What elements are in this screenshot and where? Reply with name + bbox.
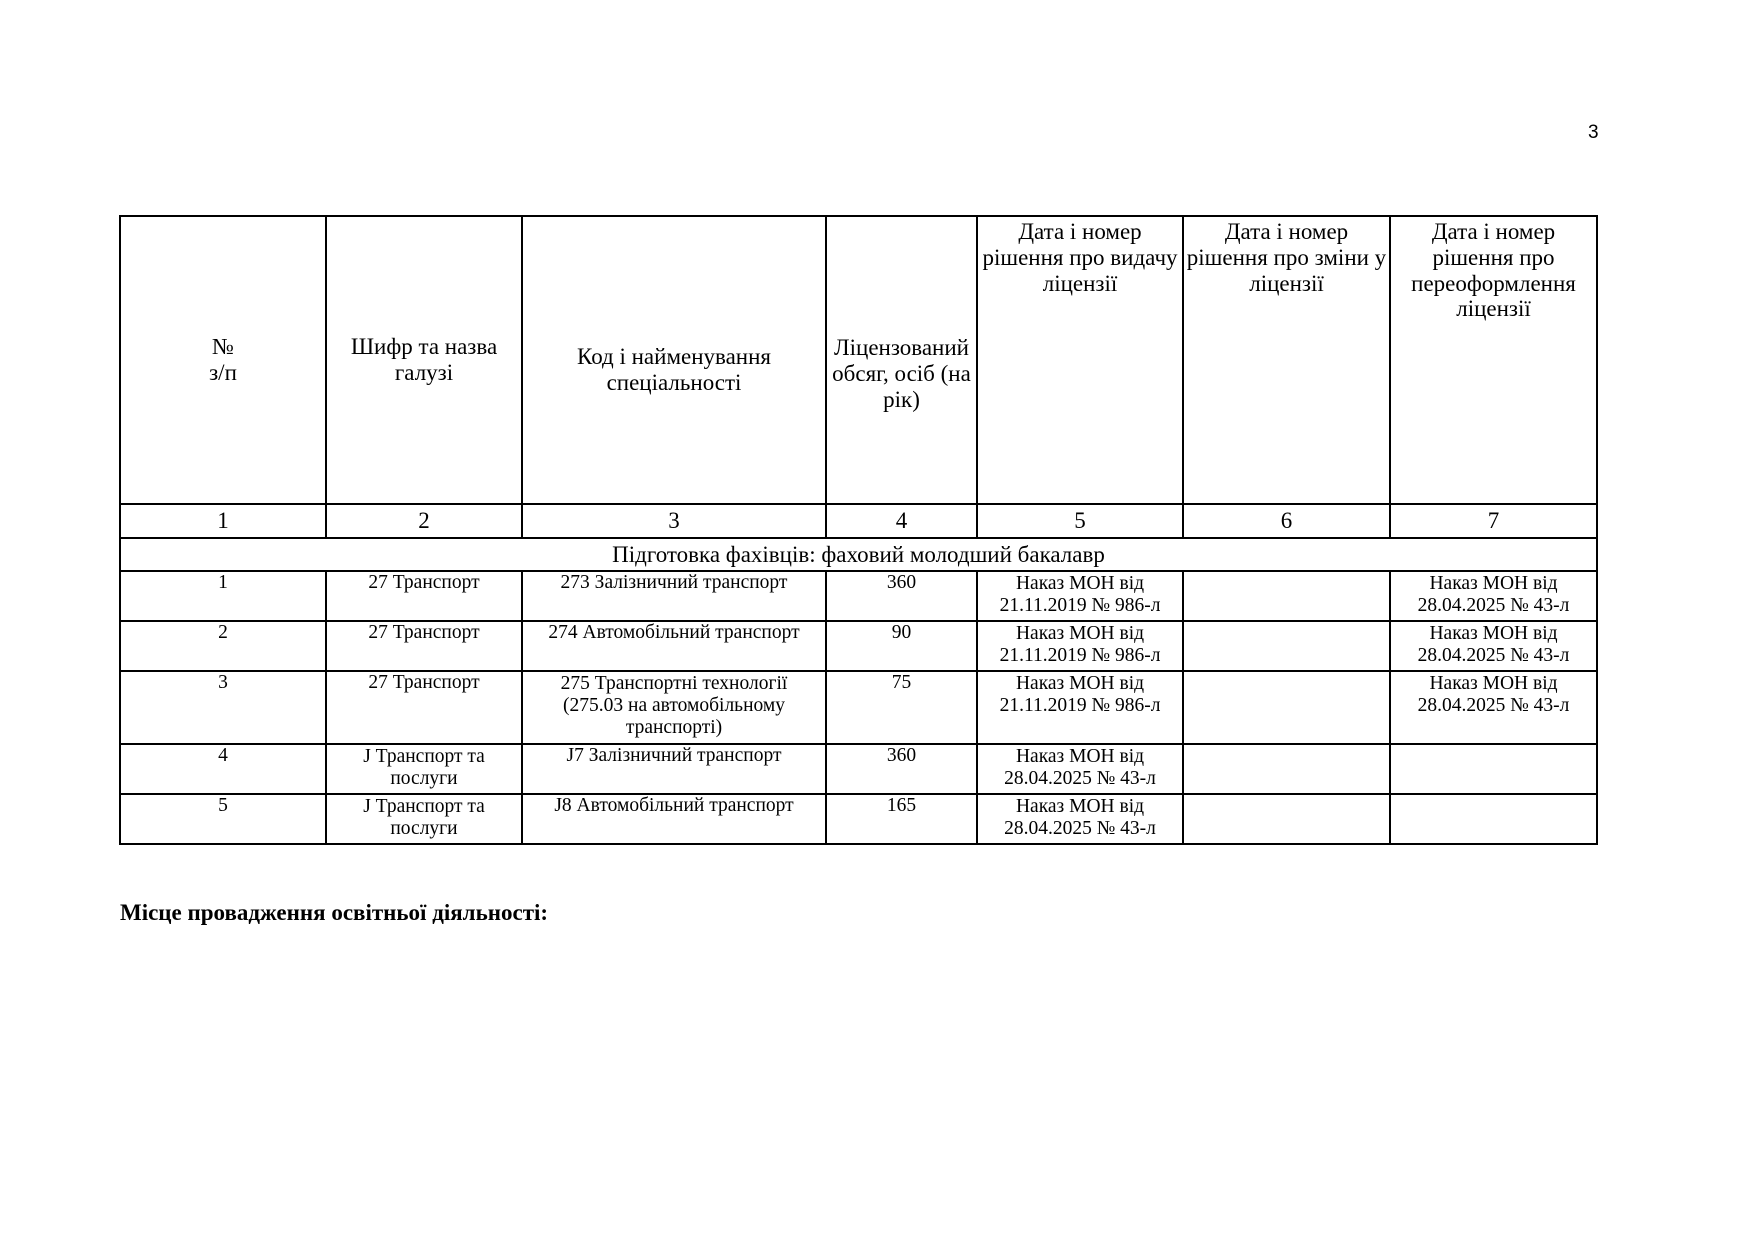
header-specialty: Код і найменування спеціальності — [522, 216, 826, 504]
column-number: 3 — [522, 504, 826, 538]
cell-number: 5 — [120, 794, 326, 844]
table-row: 3 27 Транспорт 275 Транспортні технологі… — [120, 671, 1597, 744]
cell-field: J Транспорт та послуги — [326, 744, 522, 794]
cell-field: 27 Транспорт — [326, 621, 522, 671]
cell-number: 3 — [120, 671, 326, 744]
header-number: № з/п — [120, 216, 326, 504]
header-volume: Ліцензований обсяг, осіб (на рік) — [826, 216, 977, 504]
cell-change-decision — [1183, 621, 1390, 671]
cell-issue-decision: Наказ МОН від 28.04.2025 № 43-л — [977, 794, 1183, 844]
cell-volume: 90 — [826, 621, 977, 671]
cell-number: 2 — [120, 621, 326, 671]
cell-specialty: J8 Автомобільний транспорт — [522, 794, 826, 844]
cell-field: 27 Транспорт — [326, 571, 522, 621]
education-place-label: Місце провадження освітньої діяльності: — [120, 900, 548, 926]
table-row: 5 J Транспорт та послуги J8 Автомобільни… — [120, 794, 1597, 844]
cell-specialty: 274 Автомобільний транспорт — [522, 621, 826, 671]
header-row: № з/п Шифр та назва галузі Код і наймену… — [120, 216, 1597, 504]
table-row: 4 J Транспорт та послуги J7 Залізничний … — [120, 744, 1597, 794]
header-issue-decision: Дата і номер рішення про видачу ліцензії — [977, 216, 1183, 504]
header-change-decision: Дата і номер рішення про зміни у ліцензі… — [1183, 216, 1390, 504]
cell-reissue-decision — [1390, 744, 1597, 794]
cell-issue-decision: Наказ МОН від 21.11.2019 № 986-л — [977, 671, 1183, 744]
column-number: 4 — [826, 504, 977, 538]
cell-volume: 360 — [826, 744, 977, 794]
cell-volume: 165 — [826, 794, 977, 844]
cell-field: 27 Транспорт — [326, 671, 522, 744]
table-row: 2 27 Транспорт 274 Автомобільний транспо… — [120, 621, 1597, 671]
license-table: № з/п Шифр та назва галузі Код і наймену… — [119, 215, 1598, 845]
cell-issue-decision: Наказ МОН від 28.04.2025 № 43-л — [977, 744, 1183, 794]
cell-issue-decision: Наказ МОН від 21.11.2019 № 986-л — [977, 571, 1183, 621]
cell-specialty: 275 Транспортні технології (275.03 на ав… — [522, 671, 826, 744]
section-row: Підготовка фахівців: фаховий молодший ба… — [120, 538, 1597, 571]
cell-change-decision — [1183, 671, 1390, 744]
cell-field: J Транспорт та послуги — [326, 794, 522, 844]
column-number: 6 — [1183, 504, 1390, 538]
column-number: 1 — [120, 504, 326, 538]
cell-volume: 360 — [826, 571, 977, 621]
cell-number: 4 — [120, 744, 326, 794]
header-reissue-decision: Дата і номер рішення про переоформлення … — [1390, 216, 1597, 504]
column-number: 7 — [1390, 504, 1597, 538]
cell-specialty: 273 Залізничний транспорт — [522, 571, 826, 621]
section-title: Підготовка фахівців: фаховий молодший ба… — [120, 538, 1597, 571]
cell-reissue-decision: Наказ МОН від 28.04.2025 № 43-л — [1390, 571, 1597, 621]
cell-volume: 75 — [826, 671, 977, 744]
cell-reissue-decision: Наказ МОН від 28.04.2025 № 43-л — [1390, 621, 1597, 671]
cell-change-decision — [1183, 744, 1390, 794]
column-number-row: 1 2 3 4 5 6 7 — [120, 504, 1597, 538]
cell-reissue-decision: Наказ МОН від 28.04.2025 № 43-л — [1390, 671, 1597, 744]
cell-change-decision — [1183, 794, 1390, 844]
table-row: 1 27 Транспорт 273 Залізничний транспорт… — [120, 571, 1597, 621]
cell-reissue-decision — [1390, 794, 1597, 844]
cell-change-decision — [1183, 571, 1390, 621]
header-field: Шифр та назва галузі — [326, 216, 522, 504]
column-number: 5 — [977, 504, 1183, 538]
cell-issue-decision: Наказ МОН від 21.11.2019 № 986-л — [977, 621, 1183, 671]
cell-number: 1 — [120, 571, 326, 621]
cell-specialty: J7 Залізничний транспорт — [522, 744, 826, 794]
column-number: 2 — [326, 504, 522, 538]
page-number: 3 — [1588, 122, 1599, 144]
